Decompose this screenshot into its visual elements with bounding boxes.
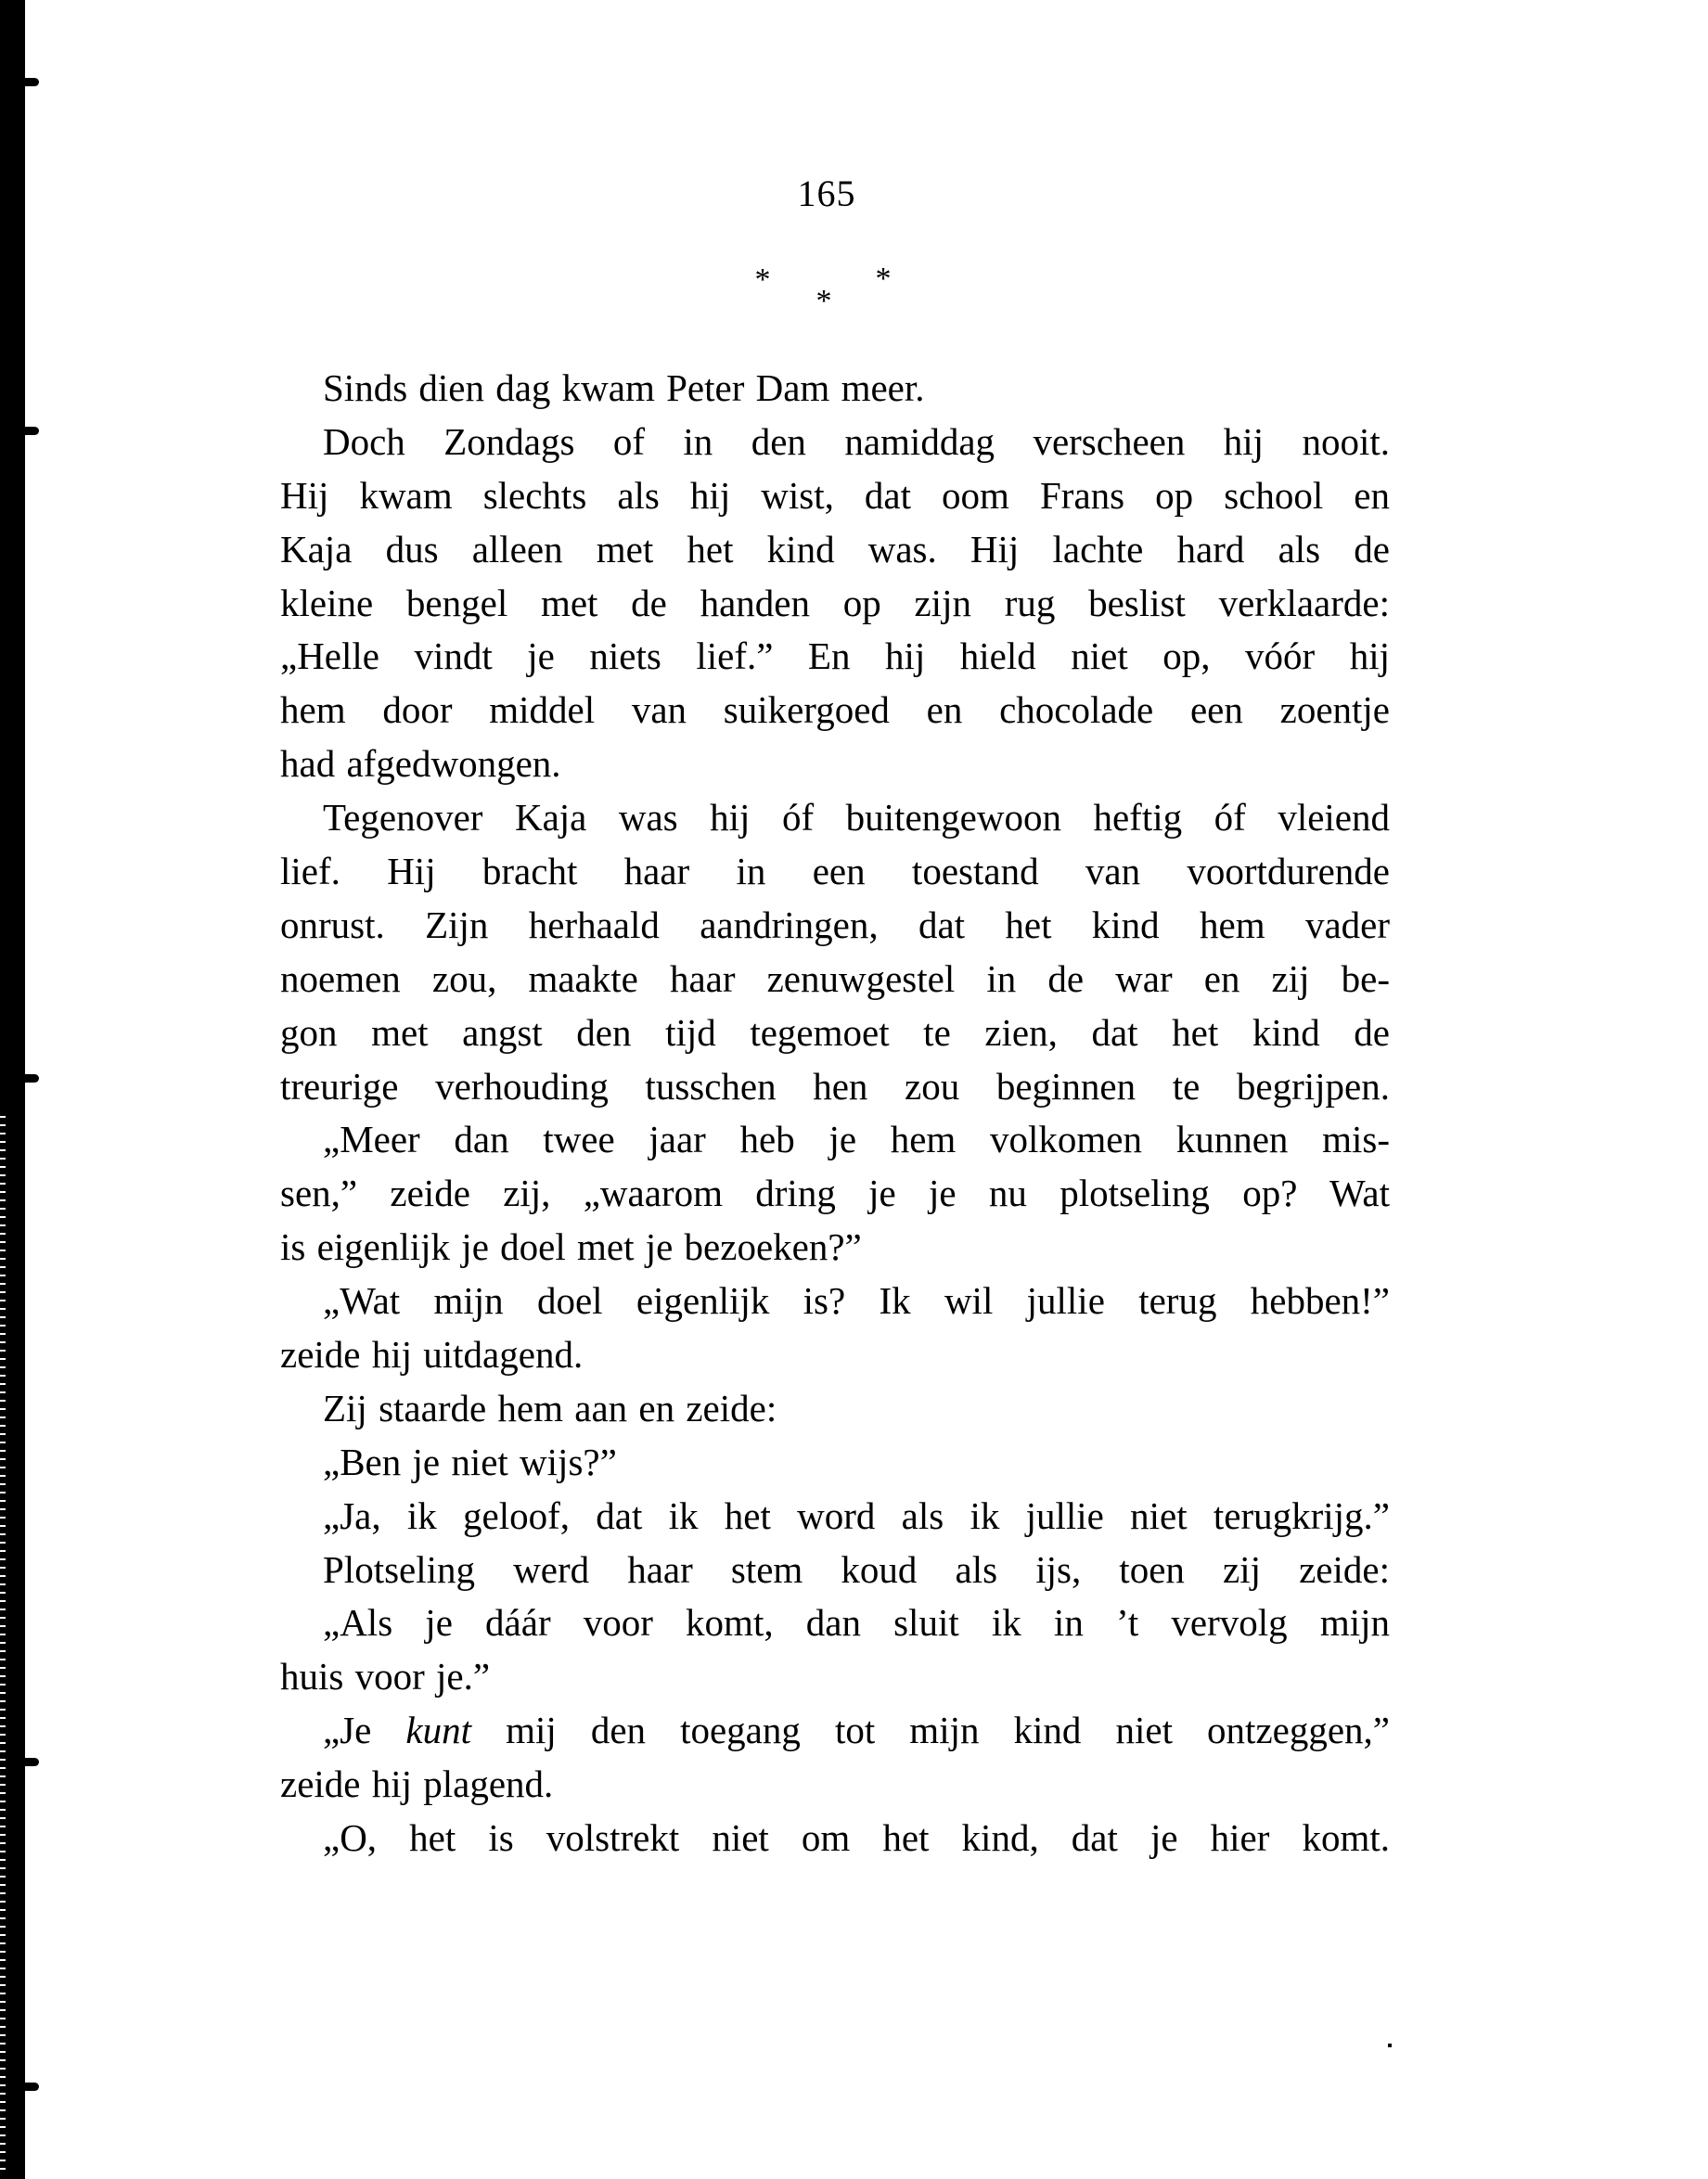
text-line-content: „Helle vindt je niets lief.” En hij hiel… bbox=[280, 630, 1390, 684]
text-line: „Ben je niet wijs?” bbox=[280, 1436, 1390, 1490]
text-line: „O, het is volstrekt niet om het kind, d… bbox=[280, 1812, 1390, 1865]
text-line: sen,” zeide zij, „waarom dring je je nu … bbox=[280, 1167, 1390, 1221]
text-line-content: „Wat mijn doel eigenlijk is? Ik wil jull… bbox=[323, 1275, 1390, 1328]
binding-notch bbox=[22, 427, 39, 435]
text-line-content: Hij kwam slechts als hij wist, dat oom F… bbox=[280, 469, 1390, 523]
text-line-content: Kaja dus alleen met het kind was. Hij la… bbox=[280, 523, 1390, 577]
binding-texture bbox=[0, 1113, 6, 2171]
text-line-content: „Als je dáár voor komt, dan sluit ik in … bbox=[323, 1596, 1390, 1650]
text-line: noemen zou, maakte haar zenuwgestel in d… bbox=[280, 953, 1390, 1006]
text-line-content: had afgedwongen. bbox=[280, 737, 1390, 791]
text-line-content: Zij staarde hem aan en zeide: bbox=[323, 1382, 1390, 1436]
text-line-content: is eigenlijk je doel met je bezoeken?” bbox=[280, 1221, 1390, 1275]
text-line-content: sen,” zeide zij, „waarom dring je je nu … bbox=[280, 1167, 1390, 1221]
text-line-content: noemen zou, maakte haar zenuwgestel in d… bbox=[280, 953, 1390, 1006]
text-line: had afgedwongen. bbox=[280, 737, 1390, 791]
separator-asterisk: * bbox=[872, 263, 894, 295]
text-line-content: Doch Zondags of in den namiddag verschee… bbox=[323, 416, 1390, 469]
text-line-content: treurige verhouding tusschen hen zou beg… bbox=[280, 1060, 1390, 1114]
binding-notch bbox=[22, 1074, 39, 1083]
text-line-content: kleine bengel met de handen op zijn rug … bbox=[280, 577, 1390, 631]
text-line: zeide hij uitdagend. bbox=[280, 1328, 1390, 1382]
text-line: „Helle vindt je niets lief.” En hij hiel… bbox=[280, 630, 1390, 684]
text-line-content: onrust. Zijn herhaald aandringen, dat he… bbox=[280, 899, 1390, 953]
text-line: hem door middel van suikergoed en chocol… bbox=[280, 684, 1390, 737]
text-line: zeide hij plagend. bbox=[280, 1758, 1390, 1812]
text-line: „Ja, ik geloof, dat ik het word als ik j… bbox=[280, 1490, 1390, 1544]
text-line-content: „Meer dan twee jaar heb je hem volkomen … bbox=[323, 1113, 1390, 1167]
text-line: Doch Zondags of in den namiddag verschee… bbox=[280, 416, 1390, 469]
text-line-content: „O, het is volstrekt niet om het kind, d… bbox=[323, 1812, 1390, 1865]
text-line-content: gon met angst den tijd tegemoet te zien,… bbox=[280, 1006, 1390, 1060]
text-line: „Meer dan twee jaar heb je hem volkomen … bbox=[280, 1113, 1390, 1167]
text-line: Sinds dien dag kwam Peter Dam meer. bbox=[280, 362, 1390, 416]
italic-emphasis: kunt bbox=[405, 1709, 471, 1751]
text-line: „Als je dáár voor komt, dan sluit ik in … bbox=[280, 1596, 1390, 1650]
text-line-content: zeide hij plagend. bbox=[280, 1758, 1390, 1812]
body-text: Sinds dien dag kwam Peter Dam meer.Doch … bbox=[280, 362, 1390, 1865]
binding-notch bbox=[22, 1758, 39, 1766]
text-line: Hij kwam slechts als hij wist, dat oom F… bbox=[280, 469, 1390, 523]
text-run: „Je bbox=[323, 1709, 405, 1751]
text-line: kleine bengel met de handen op zijn rug … bbox=[280, 577, 1390, 631]
text-line: Kaja dus alleen met het kind was. Hij la… bbox=[280, 523, 1390, 577]
text-line: is eigenlijk je doel met je bezoeken?” bbox=[280, 1221, 1390, 1275]
text-line-content: „Ben je niet wijs?” bbox=[323, 1436, 1390, 1490]
text-line: „Wat mijn doel eigenlijk is? Ik wil jull… bbox=[280, 1275, 1390, 1328]
text-line-content: Sinds dien dag kwam Peter Dam meer. bbox=[323, 362, 1390, 416]
text-line: treurige verhouding tusschen hen zou beg… bbox=[280, 1060, 1390, 1114]
binding-notch bbox=[22, 2083, 39, 2091]
text-line: onrust. Zijn herhaald aandringen, dat he… bbox=[280, 899, 1390, 953]
text-line: lief. Hij bracht haar in een toestand va… bbox=[280, 845, 1390, 899]
text-line-content: „Ja, ik geloof, dat ik het word als ik j… bbox=[323, 1490, 1390, 1544]
text-line: Tegenover Kaja was hij óf buitengewoon h… bbox=[280, 791, 1390, 845]
scan-speck bbox=[1388, 2044, 1392, 2047]
text-run: mij den toegang tot mijn kind niet ontze… bbox=[471, 1709, 1390, 1751]
separator-asterisk: * bbox=[813, 286, 835, 317]
text-line-content: zeide hij uitdagend. bbox=[280, 1328, 1390, 1382]
binding-notch bbox=[22, 78, 39, 86]
separator-asterisk: * bbox=[751, 264, 774, 296]
text-line-content: „Je kunt mij den toegang tot mijn kind n… bbox=[323, 1704, 1390, 1758]
text-line: „Je kunt mij den toegang tot mijn kind n… bbox=[280, 1704, 1390, 1758]
text-line: gon met angst den tijd tegemoet te zien,… bbox=[280, 1006, 1390, 1060]
page-number: 165 bbox=[796, 171, 857, 217]
book-binding-edge bbox=[0, 0, 25, 2179]
text-line-content: Plotseling werd haar stem koud als ijs, … bbox=[323, 1544, 1390, 1597]
text-line-content: hem door middel van suikergoed en chocol… bbox=[280, 684, 1390, 737]
text-line-content: huis voor je.” bbox=[280, 1650, 1390, 1704]
text-line: Plotseling werd haar stem koud als ijs, … bbox=[280, 1544, 1390, 1597]
text-line: Zij staarde hem aan en zeide: bbox=[280, 1382, 1390, 1436]
text-line: huis voor je.” bbox=[280, 1650, 1390, 1704]
text-line-content: Tegenover Kaja was hij óf buitengewoon h… bbox=[323, 791, 1390, 845]
text-line-content: lief. Hij bracht haar in een toestand va… bbox=[280, 845, 1390, 899]
